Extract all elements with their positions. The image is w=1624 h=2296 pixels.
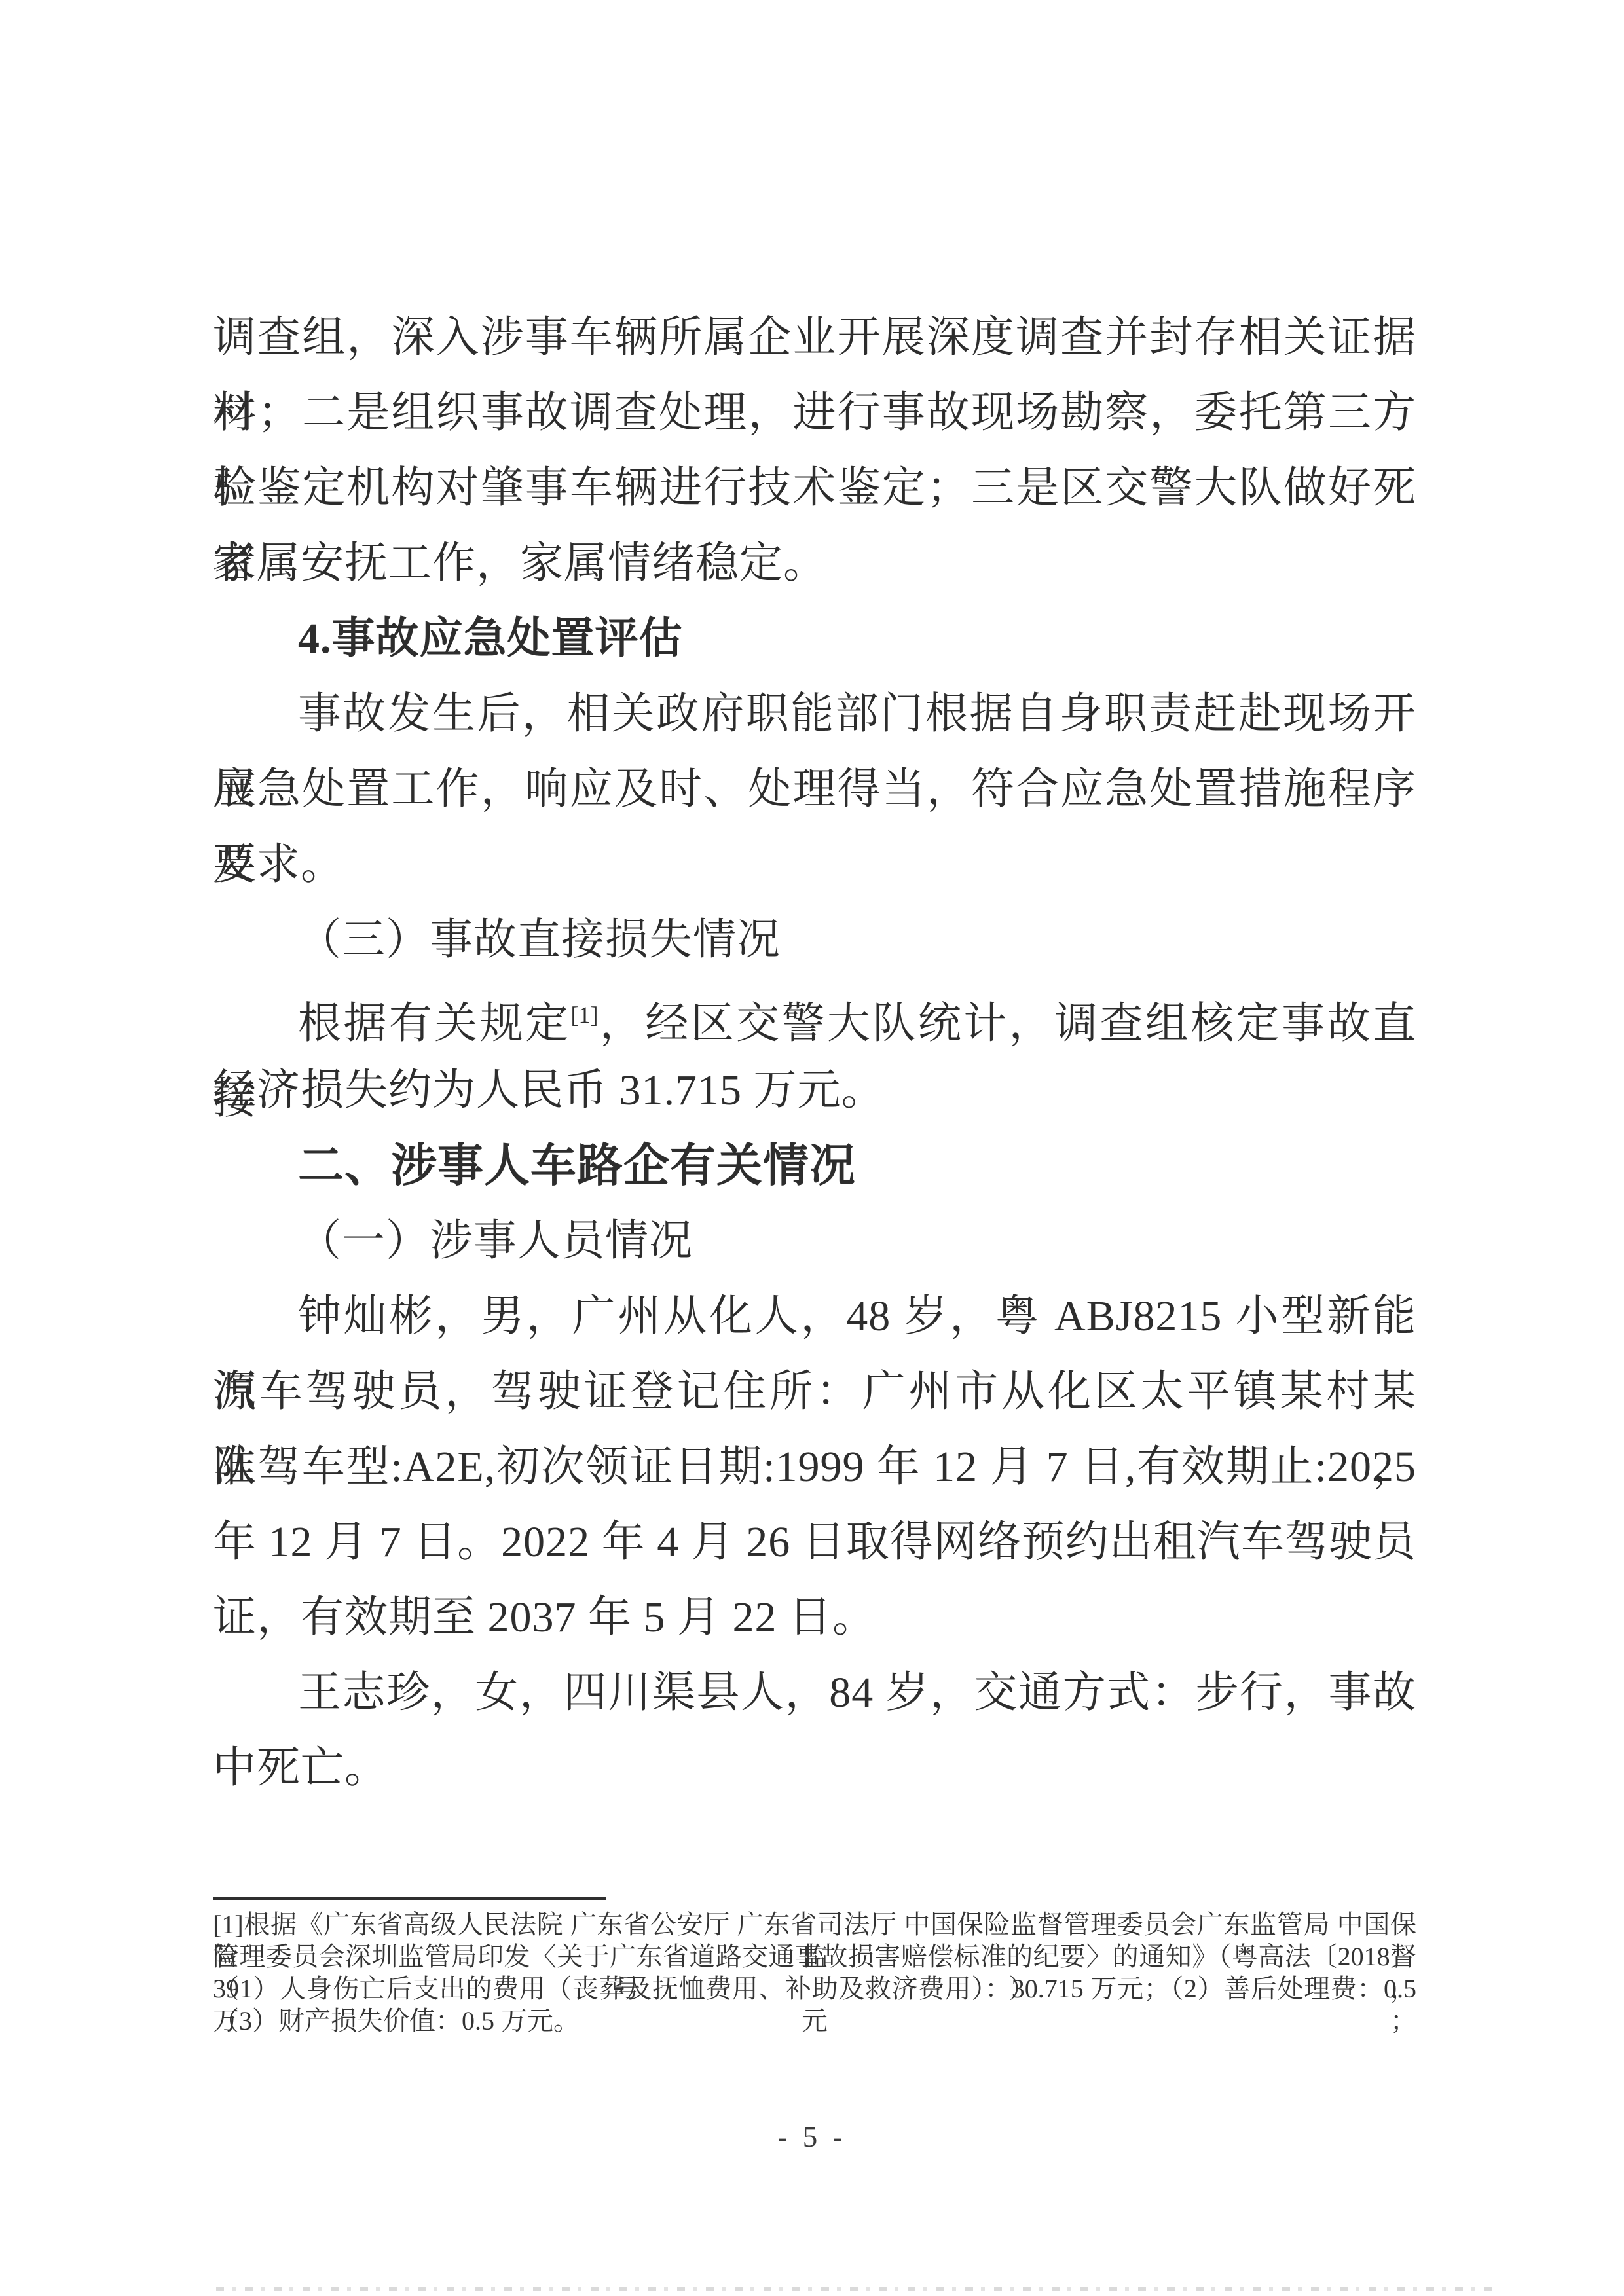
para3-line1: 根据有关规定[1]，经区交警大队统计，调查组核定事故直接	[213, 977, 1416, 1053]
footnote-separator-line	[213, 1897, 606, 1900]
para4-line5: 证，有效期至 2037 年 5 月 22 日。	[213, 1580, 1416, 1655]
para1-line1: 调查组，深入涉事车辆所属企业开展深度调查并封存相关证据材	[213, 300, 1416, 375]
footnote-reference-marker: [1]	[571, 1002, 599, 1028]
para4-line2: 汽车驾驶员，驾驶证登记住所：广州市从化区太平镇某村某队，	[213, 1354, 1416, 1429]
para3-line2: 经济损失约为人民币 31.715 万元。	[213, 1053, 1416, 1128]
para2-line2: 应急处置工作，响应及时、处理得当，符合应急处置措施程序及	[213, 752, 1416, 827]
para1-line3: 验鉴定机构对肇事车辆进行技术鉴定；三是区交警大队做好死者	[213, 450, 1416, 526]
para1-line2: 料；二是组织事故调查处理，进行事故现场勘察，委托第三方检	[213, 375, 1416, 450]
page-number: - 5 -	[0, 2120, 1624, 2154]
body-text: 调查组，深入涉事车辆所属企业开展深度调查并封存相关证据材 料；二是组织事故调查处…	[213, 300, 1416, 1806]
document-page: 调查组，深入涉事车辆所属企业开展深度调查并封存相关证据材 料；二是组织事故调查处…	[0, 0, 1624, 2296]
footnote-block: [1]根据《广东省高级人民法院 广东省公安厅 广东省司法厅 中国保险监督管理委员…	[213, 1908, 1416, 2037]
para4-line3: 准驾车型:A2E,初次领证日期:1999 年 12 月 7 日,有效期止:202…	[213, 1429, 1416, 1504]
heading-1-involved-persons: （一）涉事人员情况	[213, 1203, 1416, 1279]
scan-artifact-strip	[216, 2287, 1500, 2291]
para1-line4: 家属安抚工作，家属情绪稳定。	[213, 526, 1416, 601]
para4-line1: 钟灿彬，男，广州从化人，48 岁，粤 ABJ8215 小型新能源	[213, 1279, 1416, 1354]
para4-line4: 年 12 月 7 日。2022 年 4 月 26 日取得网络预约出租汽车驾驶员	[213, 1504, 1416, 1580]
heading-3-direct-loss: （三）事故直接损失情况	[213, 902, 1416, 977]
footnote-line3: （1）人身伤亡后支出的费用（丧葬及抚恤费用、补助及救济费用）：30.715 万元…	[213, 1973, 1416, 2005]
heading-2-involved-parties: 二、涉事人车路企有关情况	[213, 1128, 1416, 1203]
para5-line2: 中死亡。	[213, 1730, 1416, 1806]
para2-line3: 要求。	[213, 827, 1416, 902]
para5-line1: 王志珍，女，四川渠县人，84 岁，交通方式：步行，事故	[213, 1655, 1416, 1730]
para3-line1-text: 根据有关规定	[298, 1000, 571, 1048]
heading-4-emergency-response-evaluation: 4.事故应急处置评估	[213, 601, 1416, 676]
para2-line1: 事故发生后，相关政府职能部门根据自身职责赶赴现场开展	[213, 676, 1416, 752]
footnote-line2: 管理委员会深圳监管局印发〈关于广东省道路交通事故损害赔偿标准的纪要〉的通知》（粤…	[213, 1941, 1416, 1973]
footnote-line1: [1]根据《广东省高级人民法院 广东省公安厅 广东省司法厅 中国保险监督管理委员…	[213, 1908, 1416, 1941]
